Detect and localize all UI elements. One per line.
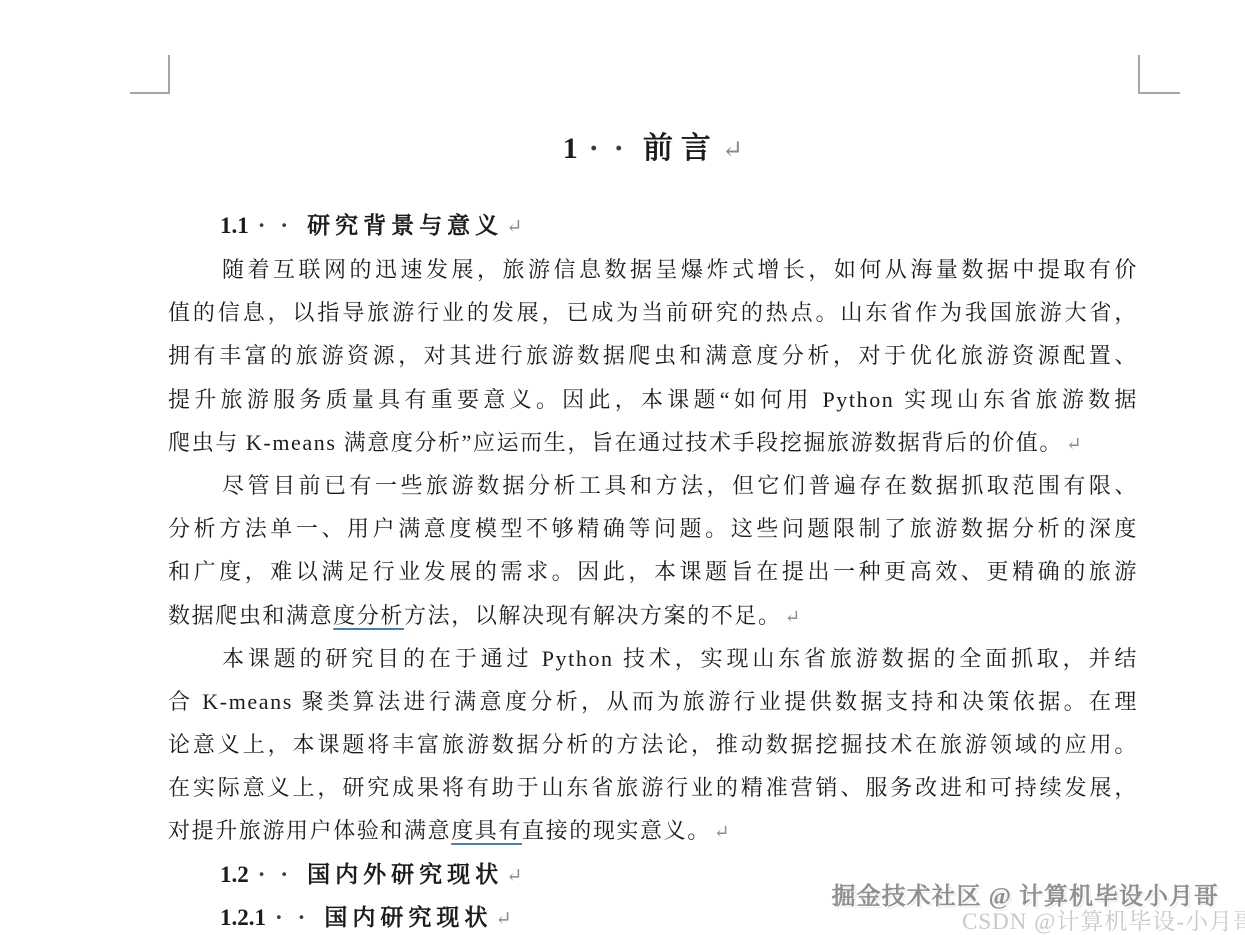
text-run: 爬虫与 K-means 满意度分析”应运而生，旨在通过技术手段挖掘旅游数据背后的… [168,430,1063,455]
text-line: 合 K-means 聚类算法进行满意度分析，从而为旅游行业提供数据支持和决策依据… [168,680,1138,723]
section-number: 1.1 [220,213,249,238]
text-line: 和广度，难以满足行业发展的需求。因此，本课题旨在提出一种更高效、更精确的旅游 [168,550,1138,593]
text-line: 本课题的研究目的在于通过 Python 技术，实现山东省旅游数据的全面抓取，并结 [168,637,1138,680]
text-line: 论意义上，本课题将丰富旅游数据分析的方法论，推动数据挖掘技术在旅游领域的应用。 [168,723,1138,766]
section-number: 1.2.1 [220,905,266,930]
watermark-csdn: CSDN @计算机毕设-小月哥 [962,903,1245,935]
grammar-underlined-text: 度具有 [451,818,522,843]
text-run: 直接的现实意义。 [522,818,711,843]
paragraph-mark-icon: ↵ [506,217,522,238]
space-dot-marks-icon: ·· [589,132,639,165]
paragraph-mark-icon: ↵ [1066,434,1082,455]
text-run: 数据爬虫和满意 [168,603,333,628]
grammar-underlined-text: 度分析 [333,603,404,628]
text-line: 值的信息，以指导旅游行业的发展，已成为当前研究的热点。山东省作为我国旅游大省， [168,291,1138,334]
section-heading-1-1: 1.1··研究背景与意义↵ [168,204,1138,248]
text-line: 随着互联网的迅速发展，旅游信息数据呈爆炸式增长，如何从海量数据中提取有价 [168,248,1138,291]
section-title-text: 国内研究现状 [324,905,492,930]
paragraph-mark-icon: ↵ [714,822,730,843]
document-page: 1··前言↵ 1.1··研究背景与意义↵ 随着互联网的迅速发展，旅游信息数据呈爆… [0,0,1245,935]
text-run: 对提升旅游用户体验和满意 [168,818,451,843]
paragraph-mark-icon: ↵ [785,607,801,628]
text-line: 提升旅游服务质量具有重要意义。因此，本课题“如何用 Python 实现山东省旅游… [168,378,1138,421]
text-run: 方法，以解决现有解决方案的不足。 [404,603,782,628]
chapter-heading: 1··前言↵ [168,124,1138,174]
paragraph-mark-icon: ↵ [506,866,522,887]
text-line: 拥有丰富的旅游资源，对其进行旅游数据爬虫和满意度分析，对于优化旅游资源配置、 [168,334,1138,377]
section-number: 1.2 [220,862,249,887]
text-line: 在实际意义上，研究成果将有助于山东省旅游行业的精准营销、服务改进和可持续发展， [168,766,1138,809]
space-dot-marks-icon: ·· [275,905,320,930]
space-dot-marks-icon: ·· [258,213,303,238]
section-title-text: 研究背景与意义 [307,213,503,238]
paragraph-1: 随着互联网的迅速发展，旅游信息数据呈爆炸式增长，如何从海量数据中提取有价 值的信… [168,248,1138,464]
text-line: 数据爬虫和满意度分析方法，以解决现有解决方案的不足。↵ [168,594,1138,637]
paragraph-mark-icon: ↵ [722,135,743,164]
section-title-text: 国内外研究现状 [307,862,503,887]
paragraph-2: 尽管目前已有一些旅游数据分析工具和方法，但它们普遍存在数据抓取范围有限、 分析方… [168,464,1138,637]
text-line: 尽管目前已有一些旅游数据分析工具和方法，但它们普遍存在数据抓取范围有限、 [168,464,1138,507]
document-body: 1··前言↵ 1.1··研究背景与意义↵ 随着互联网的迅速发展，旅游信息数据呈爆… [168,92,1138,935]
text-line: 分析方法单一、用户满意度模型不够精确等问题。这些问题限制了旅游数据分析的深度 [168,507,1138,550]
text-line: 对提升旅游用户体验和满意度具有直接的现实意义。↵ [168,809,1138,852]
paragraph-mark-icon: ↵ [495,909,511,930]
space-dot-marks-icon: ·· [258,862,303,887]
chapter-number: 1 [563,132,580,165]
chapter-title-text: 前言 [643,132,719,165]
text-line: 爬虫与 K-means 满意度分析”应运而生，旨在通过技术手段挖掘旅游数据背后的… [168,421,1138,464]
paragraph-3: 本课题的研究目的在于通过 Python 技术，实现山东省旅游数据的全面抓取，并结… [168,637,1138,853]
text-boundary-mark-top-left-icon [130,55,170,94]
text-boundary-mark-top-right-icon [1138,55,1180,94]
